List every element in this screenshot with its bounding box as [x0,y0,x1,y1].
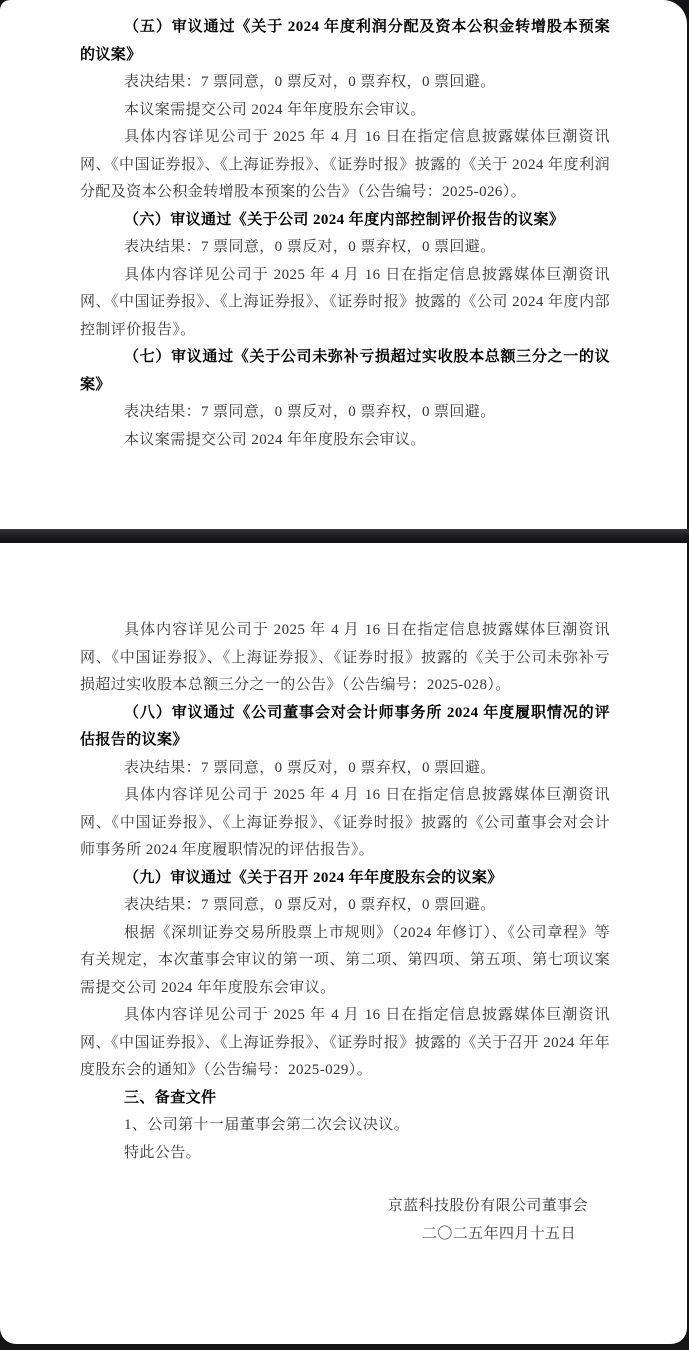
section-heading: （七）审议通过《关于公司未弥补亏损超过实收股本总额三分之一的议案》 [80,344,610,399]
page-separator [0,529,689,543]
paragraph: 特此公告。 [80,1140,610,1168]
paragraph: 表决结果：7 票同意，0 票反对，0 票弃权，0 票回避。 [80,892,610,920]
paragraph: 表决结果：7 票同意，0 票反对，0 票弃权，0 票回避。 [80,755,610,783]
signature: 京蓝科技股份有限公司董事会 [80,1193,610,1221]
paragraph: 表决结果：7 票同意，0 票反对，0 票弃权，0 票回避。 [80,234,610,262]
paragraph: 本议案需提交公司 2024 年年度股东会审议。 [80,97,610,125]
paragraph: 具体内容详见公司于 2025 年 4 月 16 日在指定信息披露媒体巨潮资讯网、… [80,782,610,865]
paragraph: 具体内容详见公司于 2025 年 4 月 16 日在指定信息披露媒体巨潮资讯网、… [80,1002,610,1085]
page-two-content: 具体内容详见公司于 2025 年 4 月 16 日在指定信息披露媒体巨潮资讯网、… [80,617,610,1248]
section-heading: （六）审议通过《关于公司 2024 年度内部控制评价报告的议案》 [80,207,610,235]
document-page-two: 具体内容详见公司于 2025 年 4 月 16 日在指定信息披露媒体巨潮资讯网、… [0,543,687,1344]
paragraph: 具体内容详见公司于 2025 年 4 月 16 日在指定信息披露媒体巨潮资讯网、… [80,617,610,700]
paragraph: 1、公司第十一届董事会第二次会议决议。 [80,1112,610,1140]
document-page-one: （五）审议通过《关于 2024 年度利润分配及资本公积金转增股本预案的议案》表决… [0,0,687,529]
paragraph: 具体内容详见公司于 2025 年 4 月 16 日在指定信息披露媒体巨潮资讯网、… [80,124,610,207]
paragraph: 表决结果：7 票同意，0 票反对，0 票弃权，0 票回避。 [80,69,610,97]
section-heading: （八）审议通过《公司董事会对会计师事务所 2024 年度履职情况的评估报告的议案… [80,700,610,755]
paragraph: 表决结果：7 票同意，0 票反对，0 票弃权，0 票回避。 [80,399,610,427]
paragraph: 具体内容详见公司于 2025 年 4 月 16 日在指定信息披露媒体巨潮资讯网、… [80,262,610,345]
section-heading: （九）审议通过《关于召开 2024 年年度股东会的议案》 [80,865,610,893]
paragraph: 本议案需提交公司 2024 年年度股东会审议。 [80,427,610,455]
signature-date: 二〇二五年四月十五日 [80,1221,610,1249]
section-heading: （五）审议通过《关于 2024 年度利润分配及资本公积金转增股本预案的议案》 [80,14,610,69]
page-one-content: （五）审议通过《关于 2024 年度利润分配及资本公积金转增股本预案的议案》表决… [80,14,610,454]
paragraph: 根据《深圳证券交易所股票上市规则》（2024 年修订）、《公司章程》等有关规定，… [80,920,610,1003]
section-heading: 三、备查文件 [80,1085,610,1113]
document-viewer: { "document": { "type": "board-resolutio… [0,0,689,1350]
